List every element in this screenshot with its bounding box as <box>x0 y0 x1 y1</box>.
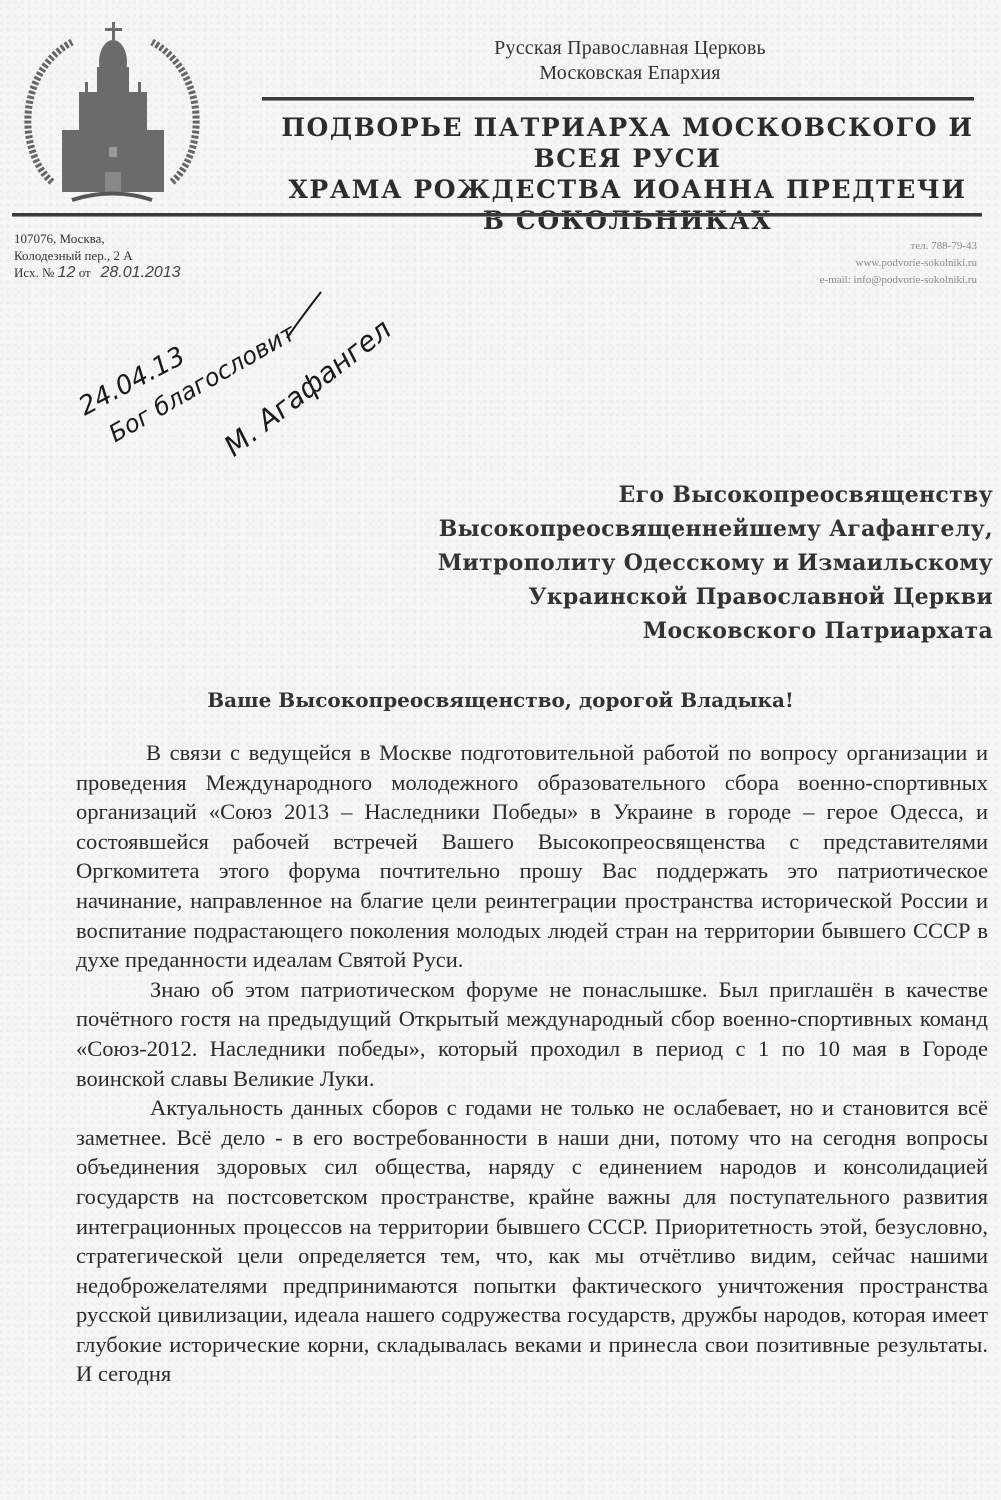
address-line-1: 107076, Москва, <box>14 230 181 247</box>
ref-from: от <box>79 265 91 280</box>
addressee-line-5: Московского Патриархата <box>438 614 993 648</box>
church-emblem-icon <box>12 12 212 212</box>
addressee-line-2: Высокопреосвященнейшему Агафангелу, <box>438 512 993 546</box>
letter-body: В связи с ведущейся в Москве подготовите… <box>76 738 988 1389</box>
paragraph-1: В связи с ведущейся в Москве подготовите… <box>76 738 988 975</box>
email: e-mail: info@podvorie-sokolniki.ru <box>820 272 977 289</box>
addressee-line-3: Митрополиту Одесскому и Измаильскому <box>438 546 993 580</box>
paragraph-3: Актуальность данных сборов с годами не т… <box>76 1093 988 1389</box>
address-line-2: Колодезный пер., 2 А <box>14 247 181 264</box>
salutation: Ваше Высокопреосвященство, дорогой Влады… <box>0 688 1001 712</box>
phone: тел. 788-79-43 <box>820 238 977 255</box>
outgoing-reference: Исх. № 12 от 28.01.2013 <box>14 264 181 281</box>
addressee-line-1: Его Высокопреосвященству <box>438 478 993 512</box>
letterhead-title: Подворье Патриарха Московского и всея Ру… <box>255 112 1000 236</box>
addressee-block: Его Высокопреосвященству Высокопреосвяще… <box>438 478 993 648</box>
title-line-3: в Сокольниках <box>255 205 1000 236</box>
sender-contacts: тел. 788-79-43 www.podvorie-sokolniki.ru… <box>820 238 977 289</box>
header-divider-bottom <box>12 213 982 217</box>
church-name: Русская Православная Церковь <box>380 36 880 61</box>
letterhead-church: Русская Православная Церковь Московская … <box>380 36 880 86</box>
addressee-line-4: Украинской Православной Церкви <box>438 580 993 614</box>
ref-date: 28.01.2013 <box>100 264 180 281</box>
website: www.podvorie-sokolniki.ru <box>820 255 977 272</box>
sender-address: 107076, Москва, Колодезный пер., 2 А Исх… <box>14 230 181 281</box>
ref-label: Исх. № <box>14 265 54 280</box>
title-line-1: Подворье Патриарха Московского и всея Ру… <box>255 112 1000 174</box>
header-divider-top <box>262 97 974 101</box>
title-line-2: Храма Рождества Иоанна Предтечи <box>255 174 1000 205</box>
eparchy-name: Московская Епархия <box>380 61 880 86</box>
document-page: Русская Православная Церковь Московская … <box>0 0 1001 1500</box>
ref-number: 12 <box>58 264 76 281</box>
pen-stroke-icon <box>285 290 325 340</box>
paragraph-2: Знаю об этом патриотическом форуме не по… <box>76 975 988 1093</box>
